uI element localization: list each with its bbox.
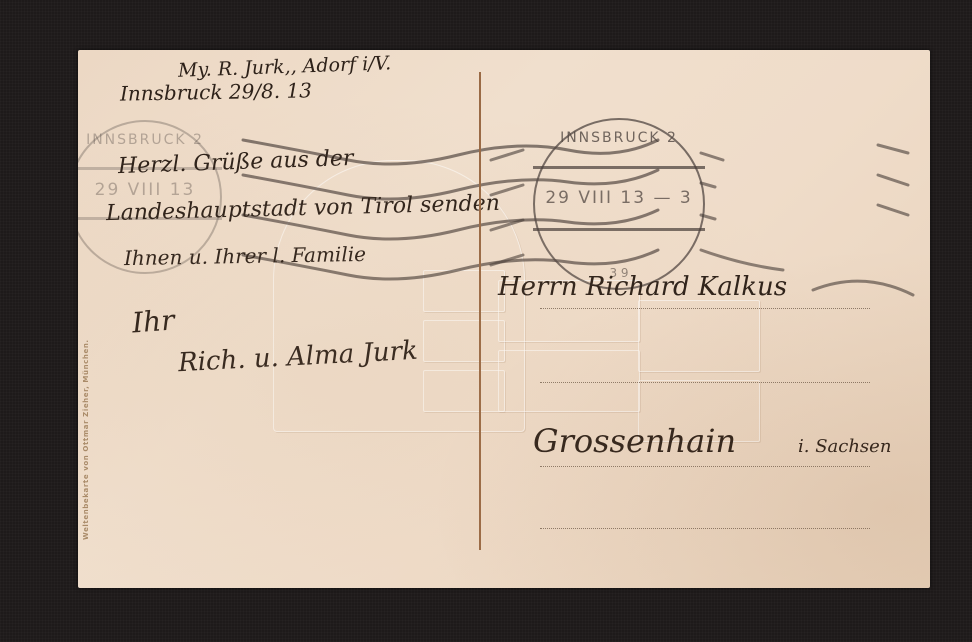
recipient-name: Herrn Richard Kalkus [498, 272, 787, 302]
recipient-city: Grossenhain [533, 422, 736, 460]
message-line-4: Ihr [131, 304, 176, 340]
postmark-town: INNSBRUCK 2 [78, 132, 220, 148]
postcard: Weltenbekarte von Ottmar Zieher, München… [78, 50, 930, 588]
postmark-date: 29 VIII 13 [78, 180, 220, 200]
embossed-block [423, 370, 505, 412]
address-line-4 [540, 528, 870, 529]
header-note-sender: My. R. Jurk,, Adorf i/V. [178, 52, 392, 81]
header-note-place-date: Innsbruck 29/8. 13 [120, 78, 312, 105]
center-divider [479, 72, 481, 550]
address-line-3 [540, 466, 870, 467]
address-line-2 [540, 382, 870, 383]
message-line-3: Ihnen u. Ihrer l. Familie [124, 242, 366, 270]
machine-cancel-lines-right [483, 120, 923, 340]
address-line-1 [540, 308, 870, 309]
publisher-imprint: Weltenbekarte von Ottmar Zieher, München… [82, 339, 90, 540]
recipient-region: i. Sachsen [798, 436, 891, 457]
embossed-block [498, 350, 640, 412]
